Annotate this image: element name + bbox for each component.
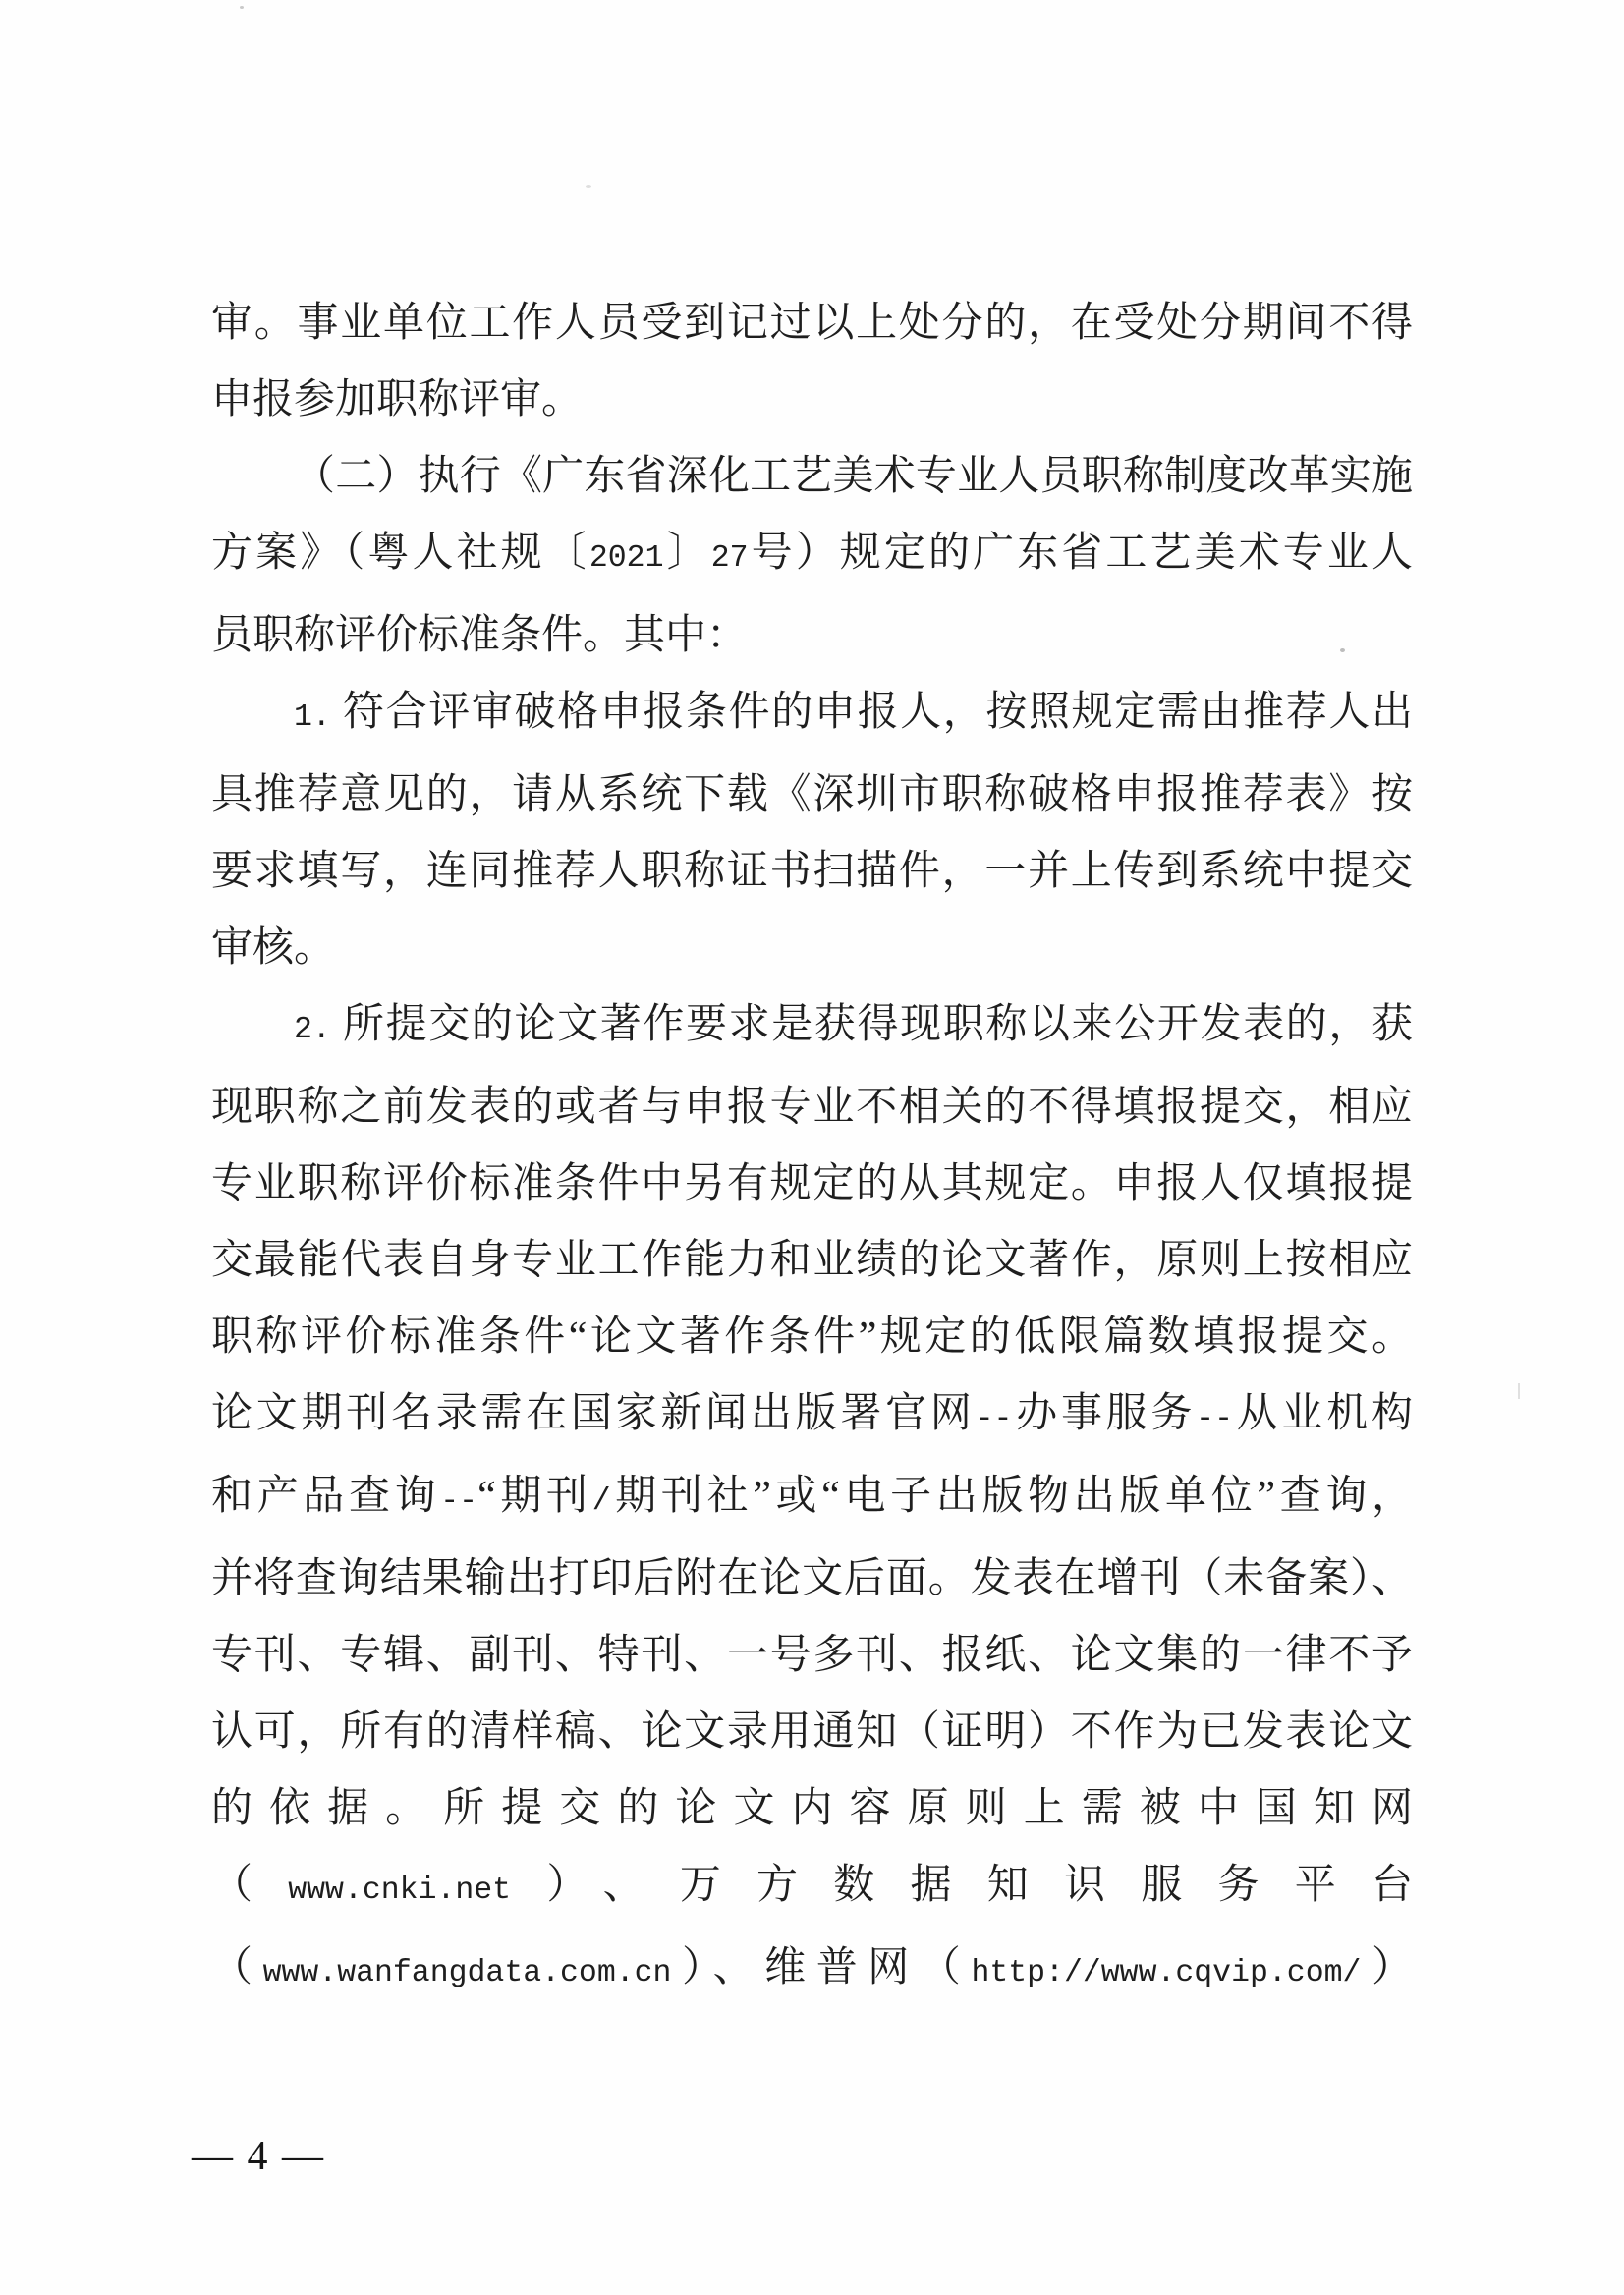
text-line: （www.wanfangdata.com.cn）、维普网（http://www.…	[211, 1930, 1413, 2012]
latin-text: --	[1196, 1402, 1233, 1436]
latin-text: www.cnki.net	[288, 1874, 511, 1908]
latin-text: --	[440, 1484, 477, 1519]
text-line: 1. 符合评审破格申报条件的申报人，按照规定需由推荐人出	[211, 674, 1413, 756]
text-line: 方案》（粤人社规〔2021〕27号）规定的广东省工艺美术专业人	[211, 515, 1413, 597]
text-line: 要求填写，连同推荐人职称证书扫描件，一并上传到系统中提交	[211, 833, 1413, 910]
text-line: 专业职称评价标准条件中另有规定的从其规定。申报人仅填报提	[211, 1146, 1413, 1222]
latin-text: www.wanfangdata.com.cn	[263, 1956, 672, 1990]
text-line: 交最能代表自身专业工作能力和业绩的论文著作，原则上按相应	[211, 1222, 1413, 1299]
text-line: 具推荐意见的，请从系统下载《深圳市职称破格申报推荐表》按	[211, 756, 1413, 833]
text-line: （二）执行《广东省深化工艺美术专业人员职称制度改革实施	[211, 438, 1413, 515]
page-number: — 4 —	[192, 2134, 325, 2179]
latin-text: 2021	[589, 541, 664, 576]
text-line: 认可，所有的清样稿、论文录用通知（证明）不作为已发表论文	[211, 1694, 1413, 1770]
scan-speck	[586, 185, 591, 188]
text-line: 的依据。所提交的论文内容原则上需被中国知网	[211, 1770, 1413, 1847]
text-line: 现职称之前发表的或者与申报专业不相关的不得填报提交，相应	[211, 1069, 1413, 1146]
text-line: 申报参加职称评审。	[211, 362, 1413, 438]
text-line: 2. 所提交的论文著作要求是获得现职称以来公开发表的，获	[211, 986, 1413, 1069]
text-line: 并将查询结果输出打印后附在论文后面。发表在增刊（未备案）、	[211, 1540, 1413, 1617]
text-line: 审核。	[211, 910, 1413, 986]
scan-speck	[1518, 1383, 1520, 1399]
latin-text: /	[592, 1484, 611, 1519]
latin-text: 27	[711, 541, 749, 576]
document-body: 审。事业单位工作人员受到记过以上处分的，在受处分期间不得申报参加职称评审。（二）…	[211, 285, 1413, 2012]
scan-speck	[240, 6, 244, 9]
latin-text: http://www.cqvip.com/	[971, 1956, 1361, 1990]
text-line: 职称评价标准条件“论文著作条件”规定的低限篇数填报提交。	[211, 1299, 1413, 1375]
text-line: （www.cnki.net）、万方数据知识服务平台	[211, 1847, 1413, 1930]
text-line: 论文期刊名录需在国家新闻出版署官网--办事服务--从业机构	[211, 1375, 1413, 1458]
document-page: 审。事业单位工作人员受到记过以上处分的，在受处分期间不得申报参加职称评审。（二）…	[0, 0, 1624, 2295]
text-line: 专刊、专辑、副刊、特刊、一号多刊、报纸、论文集的一律不予	[211, 1617, 1413, 1694]
text-line: 审。事业单位工作人员受到记过以上处分的，在受处分期间不得	[211, 285, 1413, 362]
text-line: 和产品查询--“期刊/期刊社”或“电子出版物出版单位”查询，	[211, 1458, 1413, 1540]
text-line: 员职称评价标准条件。其中：	[211, 597, 1413, 674]
latin-text: --	[976, 1402, 1013, 1436]
latin-text: 2.	[294, 1013, 331, 1047]
latin-text: 1.	[294, 700, 331, 735]
